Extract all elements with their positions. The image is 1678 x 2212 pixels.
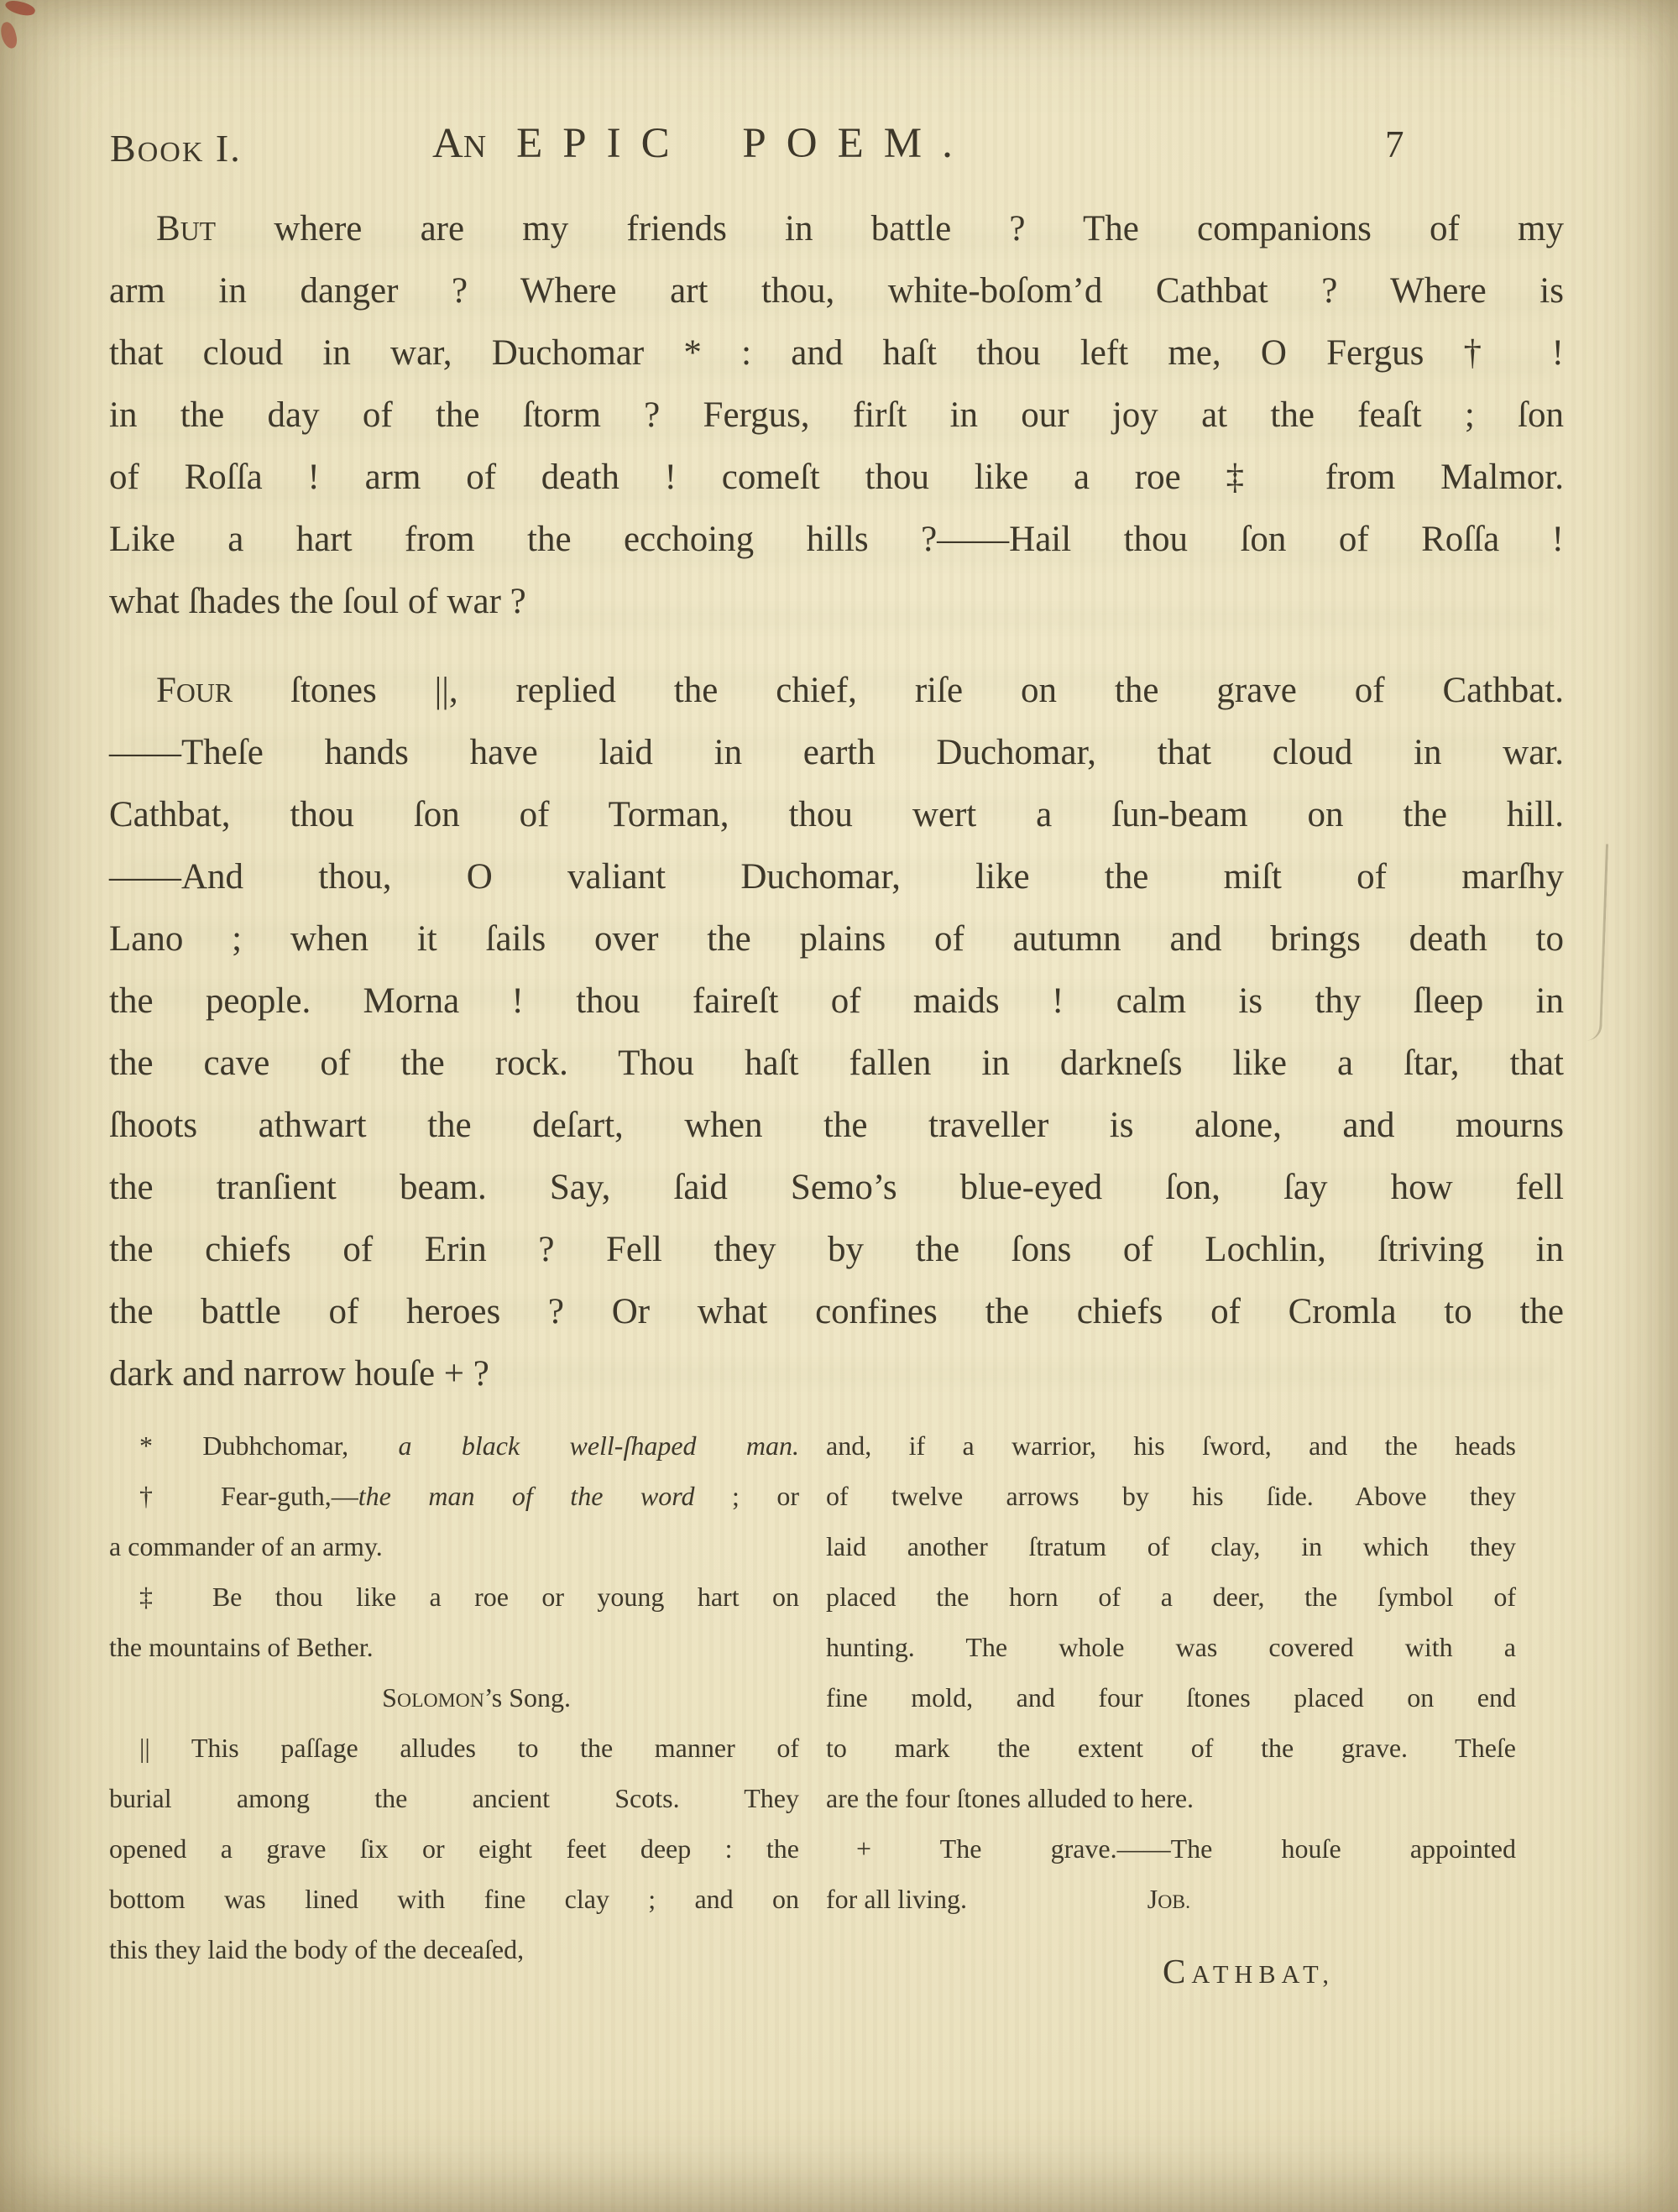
catchword-smallcaps: ATHBAT, (1191, 1960, 1335, 1989)
footnote-text: laid another ſtratum of clay, in which t… (826, 1531, 1516, 1561)
text-line: the battle of heroes ? Or what confines … (109, 1281, 1564, 1343)
text-line: ——And thou, O valiant Duchomar, like the… (109, 846, 1564, 908)
footnote-line: a commander of an army. (109, 1521, 799, 1571)
text-line: Cathbat, thou ſon of Torman, thou wert a… (109, 784, 1564, 846)
footnote-text: OB. (1158, 1891, 1190, 1913)
footnote-column-left: * Dubhchomar, a black well-ſhaped man.† … (109, 1420, 799, 1974)
footnote-text: and, if a warrior, his ſword, and the he… (826, 1430, 1516, 1461)
footnote-text: for all living. (826, 1874, 967, 1924)
footnote-text: burial among the ancient Scots. They (109, 1783, 799, 1813)
footnote-text: opened a grave ſix or eight feet deep : … (109, 1833, 799, 1864)
footnote-line: placed the horn of a deer, the ſymbol of (826, 1571, 1516, 1622)
main-text: BUT where are my friends in battle ? The… (109, 198, 1564, 1405)
footnote-line: and, if a warrior, his ſword, and the he… (826, 1420, 1516, 1471)
footnote-text: S (382, 1682, 397, 1713)
footnote-text: are the four ſtones alluded to here. (826, 1783, 1194, 1813)
text-line: the people. Morna ! thou faireſt of maid… (109, 970, 1564, 1033)
text-line: FOUR ſtones ||, replied the chief, riſe … (109, 660, 1564, 722)
footnote-text: ; or (695, 1481, 800, 1511)
page-title: ANEPIC POEM. (432, 119, 973, 168)
text-line: in the day of the ſtorm ? Fergus, firſt … (109, 384, 1564, 447)
title-spaced-caps: EPIC POEM. (516, 120, 973, 167)
page-number: 7 (1385, 123, 1404, 166)
footnote-line: fine mold, and four ſtones placed on end (826, 1672, 1516, 1723)
footnote-line: the mountains of Bether. (109, 1622, 799, 1672)
footnote-line: for all living.JOB. (826, 1874, 1516, 1924)
footnote-text: this they laid the body of the deceaſed, (109, 1934, 524, 1964)
footnote-line: are the four ſtones alluded to here. (826, 1773, 1516, 1823)
footnote-line: † Fear-guth,—the man of the word ; or (109, 1471, 799, 1521)
book-page: BOOK I. ANEPIC POEM. 7 BUT where are my … (0, 0, 1678, 2212)
footnote-column-right: and, if a warrior, his ſword, and the he… (826, 1420, 1516, 1974)
footnote-text: fine mold, and four ſtones placed on end (826, 1682, 1516, 1713)
text-line: of Roſſa ! arm of death ! comeſt thou li… (109, 447, 1564, 509)
text-line: the chiefs of Erin ? Fell they by the ſo… (109, 1219, 1564, 1281)
footnote-text: ’s Song. (484, 1682, 571, 1713)
footnote-line: || This paſſage alludes to the manner of (109, 1723, 799, 1773)
text-line: arm in danger ? Where art thou, white-bo… (109, 260, 1564, 322)
footnote-text: † Fear-guth,— (139, 1481, 358, 1511)
footnote-text: * Dubhchomar, (139, 1430, 398, 1461)
footnote-line: to mark the extent of the grave. Theſe (826, 1723, 1516, 1773)
text-line: the tranſient beam. Say, ſaid Semo’s blu… (109, 1157, 1564, 1219)
footnote-text: placed the horn of a deer, the ſymbol of (826, 1582, 1516, 1612)
footnote-line: SOLOMON’s Song. (109, 1672, 799, 1723)
book-numeral: I. (204, 127, 241, 170)
text-line: that cloud in war, Duchomar * : and haſt… (109, 322, 1564, 384)
text-line: Like a hart from the ecchoing hills ?——H… (109, 509, 1564, 571)
footnote-line: bottom was lined with fine clay ; and on (109, 1874, 799, 1924)
text-line: ——Theſe hands have laid in earth Duchoma… (109, 722, 1564, 784)
title-lead: A (432, 120, 463, 167)
footnote-text: + The grave.——The houſe appointed (856, 1833, 1516, 1864)
title-smallcaps: N (463, 129, 486, 165)
footnote-italic-text: the man of the word (358, 1481, 695, 1511)
text-line: what ſhades the ſoul of war ? (109, 571, 1564, 633)
book-lead: B (110, 127, 138, 170)
book-smallcaps: OOK (138, 137, 205, 168)
paragraph-1: BUT where are my friends in battle ? The… (109, 198, 1564, 633)
footnote-text: J (1147, 1884, 1158, 1914)
catchword: CATHBAT, (1163, 1951, 1335, 1991)
footnote-line: ‡ Be thou like a roe or young hart on (109, 1571, 799, 1622)
red-ink-mark (0, 20, 19, 50)
footnote-line: of twelve arrows by his ſide. Above they (826, 1471, 1516, 1521)
footnote-line: hunting. The whole was covered with a (826, 1622, 1516, 1672)
footnote-text: ‡ Be thou like a roe or young hart on (139, 1582, 799, 1612)
footnote-text: || This paſſage alludes to the manner of (139, 1733, 799, 1763)
text-line: dark and narrow houſe + ? (109, 1343, 1564, 1405)
footnote-line: * Dubhchomar, a black well-ſhaped man. (109, 1420, 799, 1471)
footnote-text: of twelve arrows by his ſide. Above they (826, 1481, 1516, 1511)
catchword-lead: C (1163, 1952, 1191, 1990)
footnote-text: hunting. The whole was covered with a (826, 1632, 1516, 1662)
pencil-mark (1586, 844, 1608, 1042)
footnote-text: OLOMON (397, 1690, 484, 1712)
text-line: ſhoots athwart the deſart, when the trav… (109, 1095, 1564, 1157)
text-line: BUT where are my friends in battle ? The… (109, 198, 1564, 260)
text-line: the cave of the rock. Thou haſt fallen i… (109, 1033, 1564, 1095)
footnote-text: bottom was lined with fine clay ; and on (109, 1884, 799, 1914)
footnote-text: a commander of an army. (109, 1531, 383, 1561)
footnote-line: this they laid the body of the deceaſed, (109, 1924, 799, 1974)
paragraph-2: FOUR ſtones ||, replied the chief, riſe … (109, 660, 1564, 1405)
text-line: Lano ; when it ſails over the plains of … (109, 908, 1564, 970)
red-ink-mark (4, 0, 37, 18)
footnote-text: for all living. (826, 1884, 967, 1914)
footnote-line: burial among the ancient Scots. They (109, 1773, 799, 1823)
footnote-italic-text: a black well-ſhaped man. (398, 1430, 799, 1461)
footnote-text: to mark the extent of the grave. Theſe (826, 1733, 1516, 1763)
footnote-attribution: JOB. (1147, 1874, 1190, 1924)
footnotes: * Dubhchomar, a black well-ſhaped man.† … (109, 1420, 1518, 1974)
footnote-text: the mountains of Bether. (109, 1632, 374, 1662)
footnote-line: laid another ſtratum of clay, in which t… (826, 1521, 1516, 1571)
footnote-line: opened a grave ſix or eight feet deep : … (109, 1823, 799, 1874)
footnote-line: + The grave.——The houſe appointed (826, 1823, 1516, 1874)
running-head-book-label: BOOK I. (110, 126, 242, 170)
